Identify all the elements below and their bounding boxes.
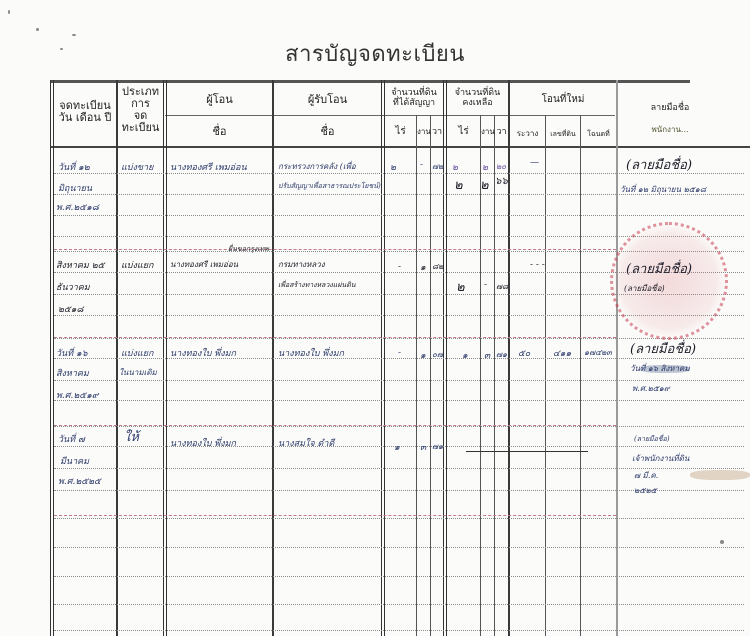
row1-remaining2-ngan: ๒	[480, 174, 489, 195]
row1-type: แบ่งขาย	[121, 160, 153, 174]
row4-date-line3: พ.ศ.๒๕๒๕	[58, 474, 101, 488]
row3-contract-ngan: ๑	[420, 348, 426, 362]
header-official-sub: พนักงาน...	[630, 124, 710, 136]
row4-strike-line	[466, 451, 588, 452]
row1-date-line1: วันที่ ๑๒	[58, 160, 90, 174]
row3-survey-sheet: ๕๐	[518, 346, 530, 360]
ruled-line	[54, 380, 744, 381]
row1-contract-ngan: -	[420, 160, 423, 170]
header-deed-number: โฉนดที่	[581, 128, 616, 140]
row3-contract-wa: ๐๗	[432, 348, 443, 361]
header-new-transfer: โอนที่ใหม่	[510, 94, 616, 106]
ruled-line	[54, 630, 744, 631]
row1-new-transfer: —	[530, 158, 539, 168]
header-transferee: ผู้รับโอน	[274, 94, 381, 106]
row4-date-line2: มีนาคม	[60, 454, 89, 468]
row2-remaining-rai: ๒	[456, 276, 465, 297]
row3-remaining-ngan: ๓	[484, 348, 490, 362]
row4-transferor: นางทองใบ พึ่งมก	[170, 436, 236, 450]
header-rai: ไร่	[447, 126, 480, 138]
row1-remaining2-wa: ๖๖	[495, 174, 508, 189]
row3-type-line1: แบ่งแยก	[121, 346, 153, 360]
ruled-line	[54, 576, 744, 577]
row1-contract-rai: ๒	[390, 160, 396, 174]
row3-land-number: ๔๑๑	[553, 346, 571, 360]
row4-official-date: ๗ มี.ค.	[634, 469, 658, 482]
scan-speck	[8, 10, 10, 14]
row1-contract-wa: ๗๒	[432, 160, 443, 173]
row4-contract-ngan: ๓	[420, 440, 426, 454]
row1-transferee-line2: ปรับสัญญาเพื่อสาธารณประโยชน์)	[278, 181, 381, 192]
scan-speck	[72, 34, 76, 36]
row3-date-line2: สิงหาคม	[56, 366, 89, 380]
row3-deed-number: ๑๗๔๒๓	[584, 346, 612, 359]
header-transferee-name: ชื่อ	[274, 126, 381, 138]
row1-remaining-ngan: ๒	[482, 160, 488, 174]
row1-transferee-line1: กระทรวงการคลัง (เพื่อ	[278, 160, 356, 173]
header-type: ประเภท การ จดทะเบียน	[118, 86, 163, 134]
row1-remaining-rai: ๒	[452, 160, 458, 174]
header-land-contract: จำนวนที่ดิน ที่ได้สัญญา	[385, 88, 443, 108]
row1-official-signature: (ลายมือชื่อ)	[626, 154, 692, 175]
row4-transferee: นางสมใจ ดำดี	[278, 436, 334, 450]
header-rai: ไร่	[385, 126, 416, 138]
header-transferor: ผู้โอน	[167, 94, 272, 106]
row3-remaining-wa: ๗๑	[496, 348, 507, 361]
row2-transferee-line1: กรมทางหลวง	[278, 258, 325, 271]
official-seal-stamp	[610, 222, 728, 340]
row3-official-signature: (ลายมือชื่อ)	[630, 338, 696, 359]
scan-speck	[60, 48, 63, 50]
row3-date-line1: วันที่ ๑๖	[56, 346, 87, 360]
row2-type: แบ่งแยก	[121, 258, 153, 272]
row4-official-title: เจ้าพนักงานที่ดิน	[632, 452, 689, 465]
ruled-line	[54, 604, 744, 605]
row2-transferor-note: ยื่นขอกรุงเทพ	[228, 244, 269, 255]
header-mid-line	[165, 115, 385, 116]
row2-official-signature2: (ลายมือชื่อ)	[624, 282, 665, 295]
scan-speck	[36, 28, 39, 31]
row2-contract-ngan: ๑	[420, 260, 426, 274]
row2-date-line2: ธันวาคม	[56, 280, 90, 294]
ruled-line	[54, 547, 744, 548]
row3-official-year: พ.ศ.๒๕๑๙	[632, 382, 670, 395]
row2-date-line3: ๒๕๑๘	[58, 302, 83, 316]
row3-official-date: วันที่ ๑๖ สิงหาคม	[630, 362, 690, 375]
row2-date-line1: สิงหาคม ๒๕	[56, 258, 104, 272]
row2-transferor: นางทองศรี เพมอ่อน	[170, 258, 238, 271]
row2-remaining-wa: ๗๘	[496, 280, 508, 293]
entry-separator-line	[54, 337, 616, 338]
row2-official-signature: (ลายมือชื่อ)	[626, 258, 692, 279]
row4-type: ให้	[124, 426, 139, 447]
row3-type-line2: ในนามเดิม	[119, 366, 157, 379]
row1-date-line2: มิถุนายน	[58, 181, 92, 195]
header-land-number: เลขที่ดิน	[546, 128, 580, 140]
document-title: สารบัญจดทะเบียน	[0, 36, 750, 71]
header-wa: วา	[431, 126, 443, 138]
header-official-signature: ลายมือชื่อ	[630, 102, 710, 114]
header-survey-sheet: ระวาง	[510, 128, 545, 140]
header-land-remaining: จำนวนที่ดิน คงเหลือ	[447, 88, 508, 108]
row1-remaining2-rai: ๒	[454, 174, 463, 195]
ruled-line	[54, 426, 744, 427]
row2-contract-rai: -	[398, 262, 401, 272]
header-ngan: งาน	[481, 126, 494, 138]
ruled-line	[54, 215, 744, 216]
row2-contract-wa: ๘๒	[432, 260, 443, 273]
row2-transferee-line2: เพื่อสร้างทางหลวงแผ่นดิน	[278, 280, 356, 291]
header-transferor-name: ชื่อ	[167, 126, 272, 138]
row2-remaining-ngan: -	[484, 280, 487, 290]
row1-date-line3: พ.ศ.๒๕๑๘	[56, 200, 99, 214]
table-top-border	[50, 80, 690, 83]
entry-separator-line	[54, 515, 616, 516]
entry-separator-line	[54, 249, 616, 250]
row2-new-transfer: - - -	[530, 260, 545, 270]
header-ngan: งาน	[417, 126, 430, 138]
row1-transferor: นางทองศรี เพมอ่อน	[170, 160, 247, 174]
row3-remaining-rai: ๑	[462, 348, 468, 362]
row3-date-line3: พ.ศ.๒๕๑๙	[56, 388, 98, 402]
row3-contract-rai: -	[398, 348, 401, 358]
row4-official-year: ๒๕๒๕	[634, 484, 657, 497]
ruled-line	[54, 518, 744, 519]
row4-contract-wa: ๗๑	[432, 440, 443, 453]
row4-date-line1: วันที่ ๗	[58, 432, 85, 446]
row1-official-date: วันที่ ๑๒ มิถุนายน ๒๕๑๘	[620, 183, 706, 196]
scan-smudge	[690, 470, 750, 480]
header-bottom-border	[50, 146, 750, 148]
row4-official-signature: (ลายมือชื่อ)	[634, 434, 670, 445]
header-wa: วา	[495, 126, 508, 138]
row3-transferor: นางทองใบ พึ่งมก	[170, 346, 236, 360]
ruled-line	[54, 400, 744, 401]
header-date: จดทะเบียน วัน เดือน ปี	[54, 100, 116, 124]
row3-transferee: นางทองใบ พึ่งมก	[278, 346, 344, 360]
row1-remaining-wa: ๒๐	[496, 160, 506, 173]
registration-index-page: สารบัญจดทะเบียน จดทะเบียน วัน เดือน ปี ป…	[0, 0, 750, 636]
row4-contract-rai: ๑	[394, 440, 400, 454]
scan-speck	[720, 540, 724, 544]
